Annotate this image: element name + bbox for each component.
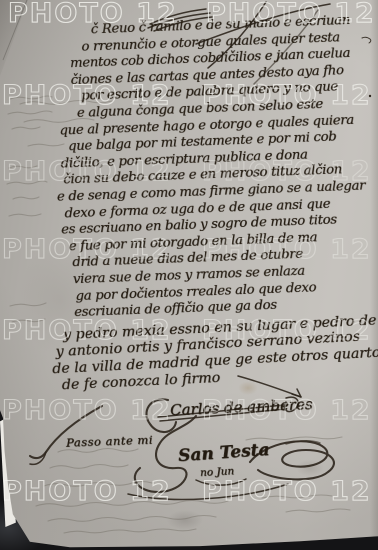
signature-rubric-text: no Jun — [200, 465, 235, 479]
handwriting-block: č Reuo č ramilo e de su mano e escriuan … — [36, 12, 378, 393]
manuscript-photo: č Reuo č ramilo e de su mano e escriuan … — [0, 0, 378, 550]
